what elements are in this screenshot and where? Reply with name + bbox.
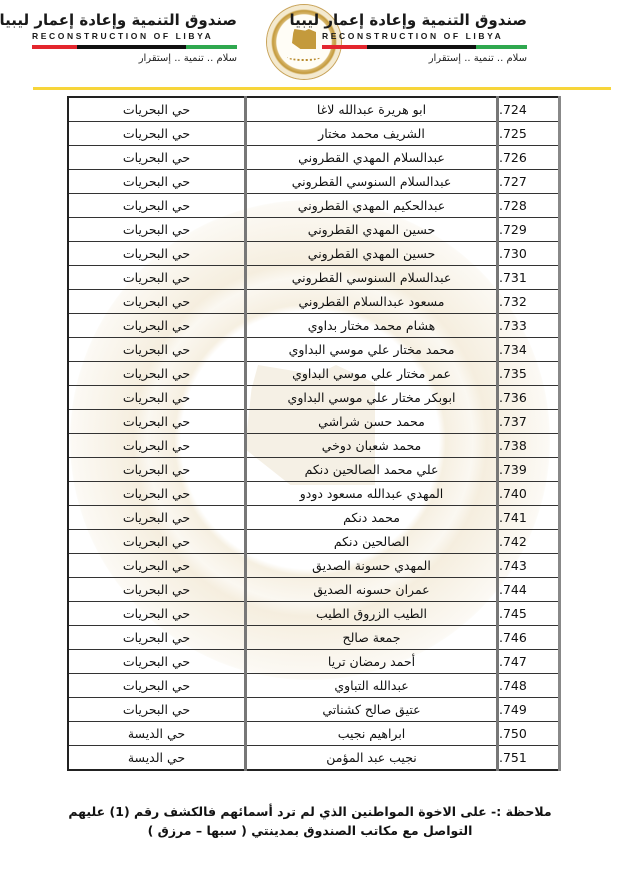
name-cell: نجيب عبد المؤمن [246,746,498,771]
table-row: حي البحرياتعبدالله التباوي.748 [68,674,560,698]
brand-arabic-name: صندوق التنمية وإعادة إعمار ليبيا [32,12,237,29]
number-cell: .733 [498,314,560,338]
table-row: حي البحرياتالطيب الزروق الطيب.745 [68,602,560,626]
district-cell: حي البحريات [68,386,246,410]
number-cell: .738 [498,434,560,458]
district-cell: حي البحريات [68,554,246,578]
district-cell: حي البحريات [68,266,246,290]
district-cell: حي البحريات [68,410,246,434]
number-cell: .749 [498,698,560,722]
name-cell: حسين المهدي القطروني [246,242,498,266]
table-row: حي البحرياتعبدالحكيم المهدي القطروني.728 [68,194,560,218]
table-row: حي البحرياتحسين المهدي القطروني.730 [68,242,560,266]
district-cell: حي البحريات [68,146,246,170]
flag-color-bar [322,45,527,49]
flag-red-segment [32,45,77,49]
district-cell: حي البحريات [68,314,246,338]
footnote-line-1: ملاحظة :- على الاخوة المواطنين الذي لم ت… [60,802,560,821]
name-cell: الصالحين دنكم [246,530,498,554]
name-cell: المهدي حسونة الصديق [246,554,498,578]
name-cell: الطيب الزروق الطيب [246,602,498,626]
number-cell: .728 [498,194,560,218]
flag-green-segment [186,45,237,49]
brand-block-right: صندوق التنمية وإعادة إعمار ليبيا RECONST… [322,12,527,64]
number-cell: .745 [498,602,560,626]
table-row: حي البحرياتالصالحين دنكم.742 [68,530,560,554]
name-cell: محمد مختار علي موسي البداوي [246,338,498,362]
name-cell: ابو هريرة عبدالله لاغا [246,97,498,122]
table-row: حي البحرياتعتيق صالح كشناتي.749 [68,698,560,722]
number-cell: .727 [498,170,560,194]
name-cell: عبدالله التباوي [246,674,498,698]
flag-black-segment [367,45,476,49]
number-cell: .744 [498,578,560,602]
flag-green-segment [476,45,527,49]
name-cell: عمر مختار علي موسي البداوي [246,362,498,386]
number-cell: .742 [498,530,560,554]
district-cell: حي الديسة [68,722,246,746]
district-cell: حي البحريات [68,674,246,698]
header-divider [33,87,611,90]
number-cell: .739 [498,458,560,482]
table-row: حي الديسةابراهيم نجيب.750 [68,722,560,746]
brand-arabic-name: صندوق التنمية وإعادة إعمار ليبيا [322,12,527,29]
table-row: حي البحرياتعمر مختار علي موسي البداوي.73… [68,362,560,386]
district-cell: حي البحريات [68,122,246,146]
number-cell: .725 [498,122,560,146]
table-body: حي البحرياتابو هريرة عبدالله لاغا.724حي … [68,97,560,770]
table-row: حي البحرياتمحمد مختار علي موسي البداوي.7… [68,338,560,362]
district-cell: حي البحريات [68,362,246,386]
table-row: حي البحرياتأحمد رمضان تريا.747 [68,650,560,674]
beneficiary-table: حي البحرياتابو هريرة عبدالله لاغا.724حي … [67,96,561,771]
footnote-line-2: التواصل مع مكاتب الصندوق بمدينتي ( سبها … [60,821,560,840]
number-cell: .743 [498,554,560,578]
flag-red-segment [322,45,367,49]
number-cell: .729 [498,218,560,242]
number-cell: .731 [498,266,560,290]
table-row: حي البحرياتمسعود عبدالسلام القطروني.732 [68,290,560,314]
number-cell: .724 [498,97,560,122]
district-cell: حي البحريات [68,698,246,722]
district-cell: حي البحريات [68,530,246,554]
district-cell: حي البحريات [68,626,246,650]
name-cell: عبدالسلام السنوسي القطروني [246,266,498,290]
table-row: حي البحرياتعبدالسلام السنوسي القطروني.73… [68,266,560,290]
table-row: حي البحرياتعلي محمد الصالحين دنكم.739 [68,458,560,482]
wreath-icon [287,53,321,61]
table-row: حي البحرياتعمران حسونه الصديق.744 [68,578,560,602]
number-cell: .746 [498,626,560,650]
name-cell: محمد حسن شراشي [246,410,498,434]
district-cell: حي البحريات [68,650,246,674]
table-row: حي البحرياتعبدالسلام السنوسي القطروني.72… [68,170,560,194]
table-row: حي البحرياتالمهدي عبدالله مسعود دودو.740 [68,482,560,506]
libya-map-icon [292,29,316,49]
district-cell: حي البحريات [68,434,246,458]
number-cell: .748 [498,674,560,698]
name-cell: مسعود عبدالسلام القطروني [246,290,498,314]
name-cell: هشام محمد مختار بداوي [246,314,498,338]
table-row: حي الديسةنجيب عبد المؤمن.751 [68,746,560,771]
table-row: حي البحرياتمحمد دنكم.741 [68,506,560,530]
district-cell: حي البحريات [68,482,246,506]
number-cell: .726 [498,146,560,170]
table-row: حي البحرياتعبدالسلام المهدي القطروني.726 [68,146,560,170]
number-cell: .736 [498,386,560,410]
district-cell: حي الديسة [68,746,246,771]
flag-black-segment [77,45,186,49]
name-cell: أحمد رمضان تريا [246,650,498,674]
district-cell: حي البحريات [68,97,246,122]
name-cell: حسين المهدي القطروني [246,218,498,242]
name-cell: جمعة صالح [246,626,498,650]
brand-slogan: سلام .. تنمية .. إستقرار [322,53,527,64]
name-cell: علي محمد الصالحين دنكم [246,458,498,482]
district-cell: حي البحريات [68,170,246,194]
brand-english-name: RECONSTRUCTION OF LIBYA [32,31,237,42]
district-cell: حي البحريات [68,602,246,626]
brand-slogan: سلام .. تنمية .. إستقرار [32,53,237,64]
district-cell: حي البحريات [68,242,246,266]
table-row: حي البحرياتالمهدي حسونة الصديق.743 [68,554,560,578]
number-cell: .751 [498,746,560,771]
table-row: حي البحرياتمحمد شعبان دوخي.738 [68,434,560,458]
letterhead: صندوق التنمية وإعادة إعمار ليبيا RECONST… [0,0,621,90]
table-row: حي البحرياتحسين المهدي القطروني.729 [68,218,560,242]
district-cell: حي البحريات [68,338,246,362]
name-cell: عبدالحكيم المهدي القطروني [246,194,498,218]
name-cell: محمد دنكم [246,506,498,530]
name-cell: ابوبكر مختار علي موسي البداوي [246,386,498,410]
number-cell: .741 [498,506,560,530]
table-row: حي البحرياتمحمد حسن شراشي.737 [68,410,560,434]
district-cell: حي البحريات [68,218,246,242]
name-cell: ابراهيم نجيب [246,722,498,746]
district-cell: حي البحريات [68,194,246,218]
flag-color-bar [32,45,237,49]
name-cell: عمران حسونه الصديق [246,578,498,602]
brand-block-left: صندوق التنمية وإعادة إعمار ليبيا RECONST… [32,12,237,64]
district-cell: حي البحريات [68,290,246,314]
district-cell: حي البحريات [68,458,246,482]
brand-english-name: RECONSTRUCTION OF LIBYA [322,31,527,42]
number-cell: .740 [498,482,560,506]
table-row: حي البحرياتابو هريرة عبدالله لاغا.724 [68,97,560,122]
number-cell: .734 [498,338,560,362]
number-cell: .750 [498,722,560,746]
footnote: ملاحظة :- على الاخوة المواطنين الذي لم ت… [60,802,560,840]
table-row: حي البحرياتابوبكر مختار علي موسي البداوي… [68,386,560,410]
name-cell: محمد شعبان دوخي [246,434,498,458]
table-row: حي البحرياتهشام محمد مختار بداوي.733 [68,314,560,338]
number-cell: .735 [498,362,560,386]
table-row: حي البحرياتالشريف محمد مختار.725 [68,122,560,146]
district-cell: حي البحريات [68,578,246,602]
table-row: حي البحرياتجمعة صالح.746 [68,626,560,650]
district-cell: حي البحريات [68,506,246,530]
name-cell: الشريف محمد مختار [246,122,498,146]
name-cell: المهدي عبدالله مسعود دودو [246,482,498,506]
name-cell: عتيق صالح كشناتي [246,698,498,722]
name-cell: عبدالسلام السنوسي القطروني [246,170,498,194]
number-cell: .747 [498,650,560,674]
name-cell: عبدالسلام المهدي القطروني [246,146,498,170]
number-cell: .737 [498,410,560,434]
number-cell: .732 [498,290,560,314]
number-cell: .730 [498,242,560,266]
